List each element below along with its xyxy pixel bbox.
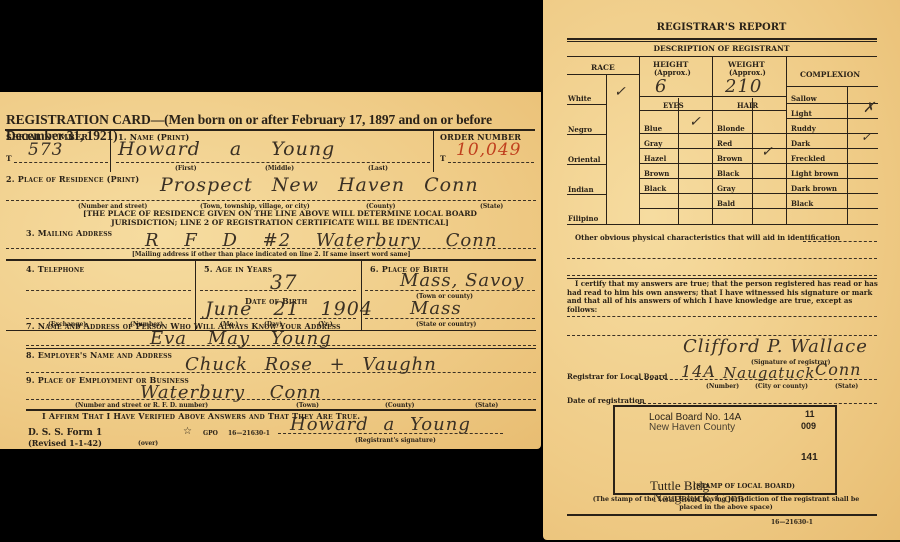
stamp-note: (The stamp of the Local Board having jur… <box>591 496 861 512</box>
eyes-blue: Blue <box>644 124 662 133</box>
dob-value: June 21 1904 <box>205 298 373 320</box>
complexion-light: Light <box>791 109 812 118</box>
registrar-signature: Clifford P. Wallace <box>683 336 868 357</box>
weight-value: 210 <box>725 76 762 97</box>
eyes-gray: Gray <box>644 139 662 148</box>
gpo-number: 16—21630-1 <box>228 430 270 437</box>
complexion-dark-mark: ✓ <box>861 130 872 144</box>
hair-gray: Gray <box>717 184 735 193</box>
hair-red: Red <box>717 139 732 148</box>
local-board-state: Conn <box>815 360 861 379</box>
hair-brown-mark: ✓ <box>761 144 774 160</box>
form-revision: (Revised 1-1-42) <box>28 438 102 448</box>
telephone-label: 4. Telephone <box>26 264 84 274</box>
residence-notice: [THE PLACE OF RESIDENCE GIVEN ON THE LIN… <box>60 209 500 227</box>
race-filipino: Filipino <box>568 214 598 223</box>
residence-label: 2. Place of Residence (Print) <box>6 174 139 184</box>
registration-card-front: REGISTRATION CARD—(Men born on or after … <box>0 92 541 449</box>
birthplace-state-value: Mass <box>410 298 462 319</box>
registrant-name-value: Howard a Young <box>118 138 335 160</box>
race-white: White <box>568 94 591 103</box>
complexion-freckled: Freckled <box>791 154 825 163</box>
certification-text: I certify that my answers are true; that… <box>567 280 879 314</box>
form-id: D. S. S. Form 1 <box>28 428 102 438</box>
hair-bald: Bald <box>717 199 735 208</box>
registrant-signature: Howard a Young <box>290 414 471 435</box>
birthplace-town-value: Mass, Savoy <box>400 270 524 291</box>
eyes-brown: Brown <box>644 169 669 178</box>
complexion-dark: Dark <box>791 139 810 148</box>
description-subtitle: DESCRIPTION OF REGISTRANT <box>543 44 900 53</box>
residence-value: Prospect New Haven Conn <box>160 174 479 196</box>
stamp-line2: New Haven County <box>649 422 735 433</box>
other-characteristics-label: Other obvious physical characteristics t… <box>575 233 840 242</box>
stamp-code2: 009 <box>801 421 816 431</box>
stamp-code3: 141 <box>801 452 818 463</box>
race-negro: Negro <box>568 125 592 134</box>
mailing-label: 3. Mailing Address <box>26 228 112 238</box>
stamp-code1: 11 <box>805 409 815 419</box>
race-indian: Indian <box>568 185 594 194</box>
complexion-ruddy: Ruddy <box>791 124 816 133</box>
eyes-blue-mark: ✓ <box>689 114 702 130</box>
eyes-black: Black <box>644 184 666 193</box>
complexion-dark-brown: Dark brown <box>791 184 837 193</box>
registrars-report-card: REGISTRAR'S REPORT DESCRIPTION OF REGIST… <box>543 0 900 540</box>
race-oriental: Oriental <box>568 155 600 164</box>
serial-number-value: 573 <box>28 140 106 160</box>
hair-brown: Brown <box>717 154 742 163</box>
complexion-sallow: Sallow <box>791 94 817 103</box>
order-number-value: 10,049 <box>456 140 521 160</box>
employer-label: 8. Employer's Name and Address <box>26 350 172 360</box>
complexion-light-brown: Light brown <box>791 169 839 178</box>
gpo-number-right: 16—21630-1 <box>771 519 813 526</box>
hair-blonde: Blonde <box>717 124 745 133</box>
date-of-registration-label: Date of registration <box>567 396 645 405</box>
complexion-black: Black <box>791 199 813 208</box>
stamp-label: (STAMP OF LOCAL BOARD) <box>693 482 795 490</box>
hair-black: Black <box>717 169 739 178</box>
race-white-mark: ✓ <box>614 84 627 100</box>
height-value: 6 <box>655 76 667 97</box>
registrars-report-title: REGISTRAR'S REPORT <box>543 22 900 33</box>
age-label: 5. Age in Years <box>204 264 272 274</box>
eyes-hazel: Hazel <box>644 154 666 163</box>
complexion-light-mark: ✗ <box>863 100 876 116</box>
star-icon: ☆ <box>183 426 192 437</box>
